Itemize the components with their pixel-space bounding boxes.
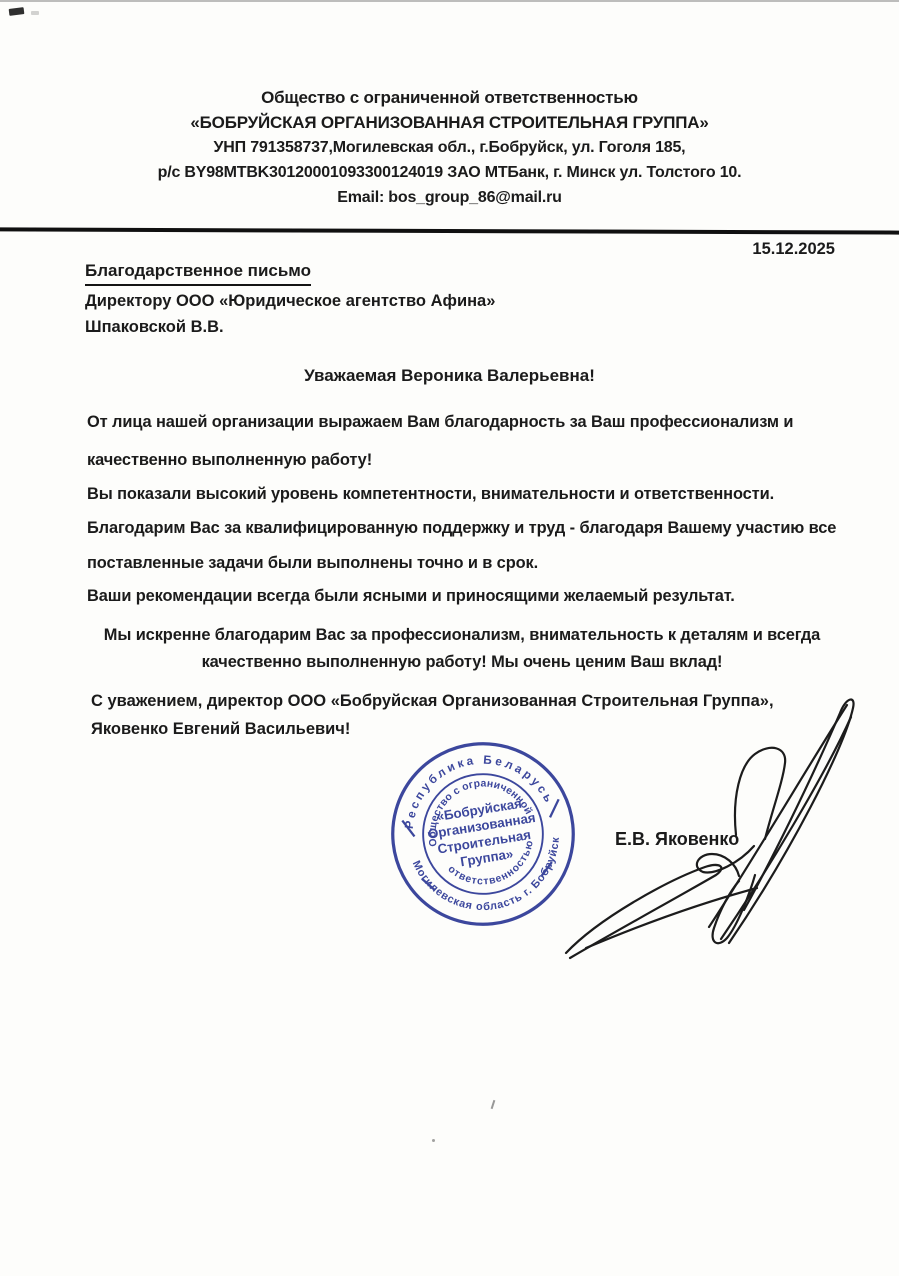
scan-edge-line [0,0,899,2]
body-centered-line: Мы искренне благодарим Вас за профессион… [25,626,899,645]
letterhead-company-name: «БОБРУЙСКАЯ ОРГАНИЗОВАННАЯ СТРОИТЕЛЬНАЯ … [0,110,899,135]
signature-stroke [713,875,755,943]
paper-speck [491,1100,496,1109]
body-line: От лица нашей организации выражаем Вам б… [87,413,793,432]
paper-speck [432,1139,435,1142]
letterhead-email: Email: bos_group_86@mail.ru [0,185,899,210]
letterhead-unp-address: УНП 791358737,Могилевская обл., г.Бобруй… [0,135,899,160]
letterhead-company-type: Общество с ограниченной ответственностью [0,85,899,110]
letterhead-bank-details: р/с BY98MTBK30120001093300124019 ЗАО МТБ… [0,160,899,185]
scan-corner-artifact [9,7,25,16]
signature-name: Е.В. Яковенко [615,829,739,850]
recipient-line: Директору ООО «Юридическое агентство Афи… [85,288,495,314]
signature-stroke [729,699,854,943]
letterhead: Общество с ограниченной ответственностью… [0,85,899,210]
scan-corner-artifact-faint [31,11,39,15]
signature-stroke [566,865,721,958]
document-title: Благодарственное письмо [85,258,311,286]
signature-stroke [735,748,785,839]
body-line: Благодарим Вас за квалифицированную подд… [87,519,836,538]
body-line: качественно выполненную работу! [87,451,372,470]
recipient-block: Благодарственное письмо Директору ООО «Ю… [85,258,495,340]
body-line: Ваши рекомендации всегда были ясными и п… [87,587,735,606]
body-line: поставленные задачи были выполнены точно… [87,554,538,573]
salutation: Уважаемая Вероника Валерьевна! [0,366,899,386]
body-centered-line: качественно выполненную работу! Мы очень… [25,653,899,672]
recipient-line: Шпаковской В.В. [85,314,495,340]
divider-rule [0,227,899,234]
body-line: Вы показали высокий уровень компетентнос… [87,485,774,504]
signature-stroke [709,705,847,927]
company-stamp: Республика Беларусь Могилевская область … [379,730,588,939]
scanned-letter-page: Общество с ограниченной ответственностью… [0,0,899,1276]
letter-date: 15.12.2025 [752,240,835,259]
